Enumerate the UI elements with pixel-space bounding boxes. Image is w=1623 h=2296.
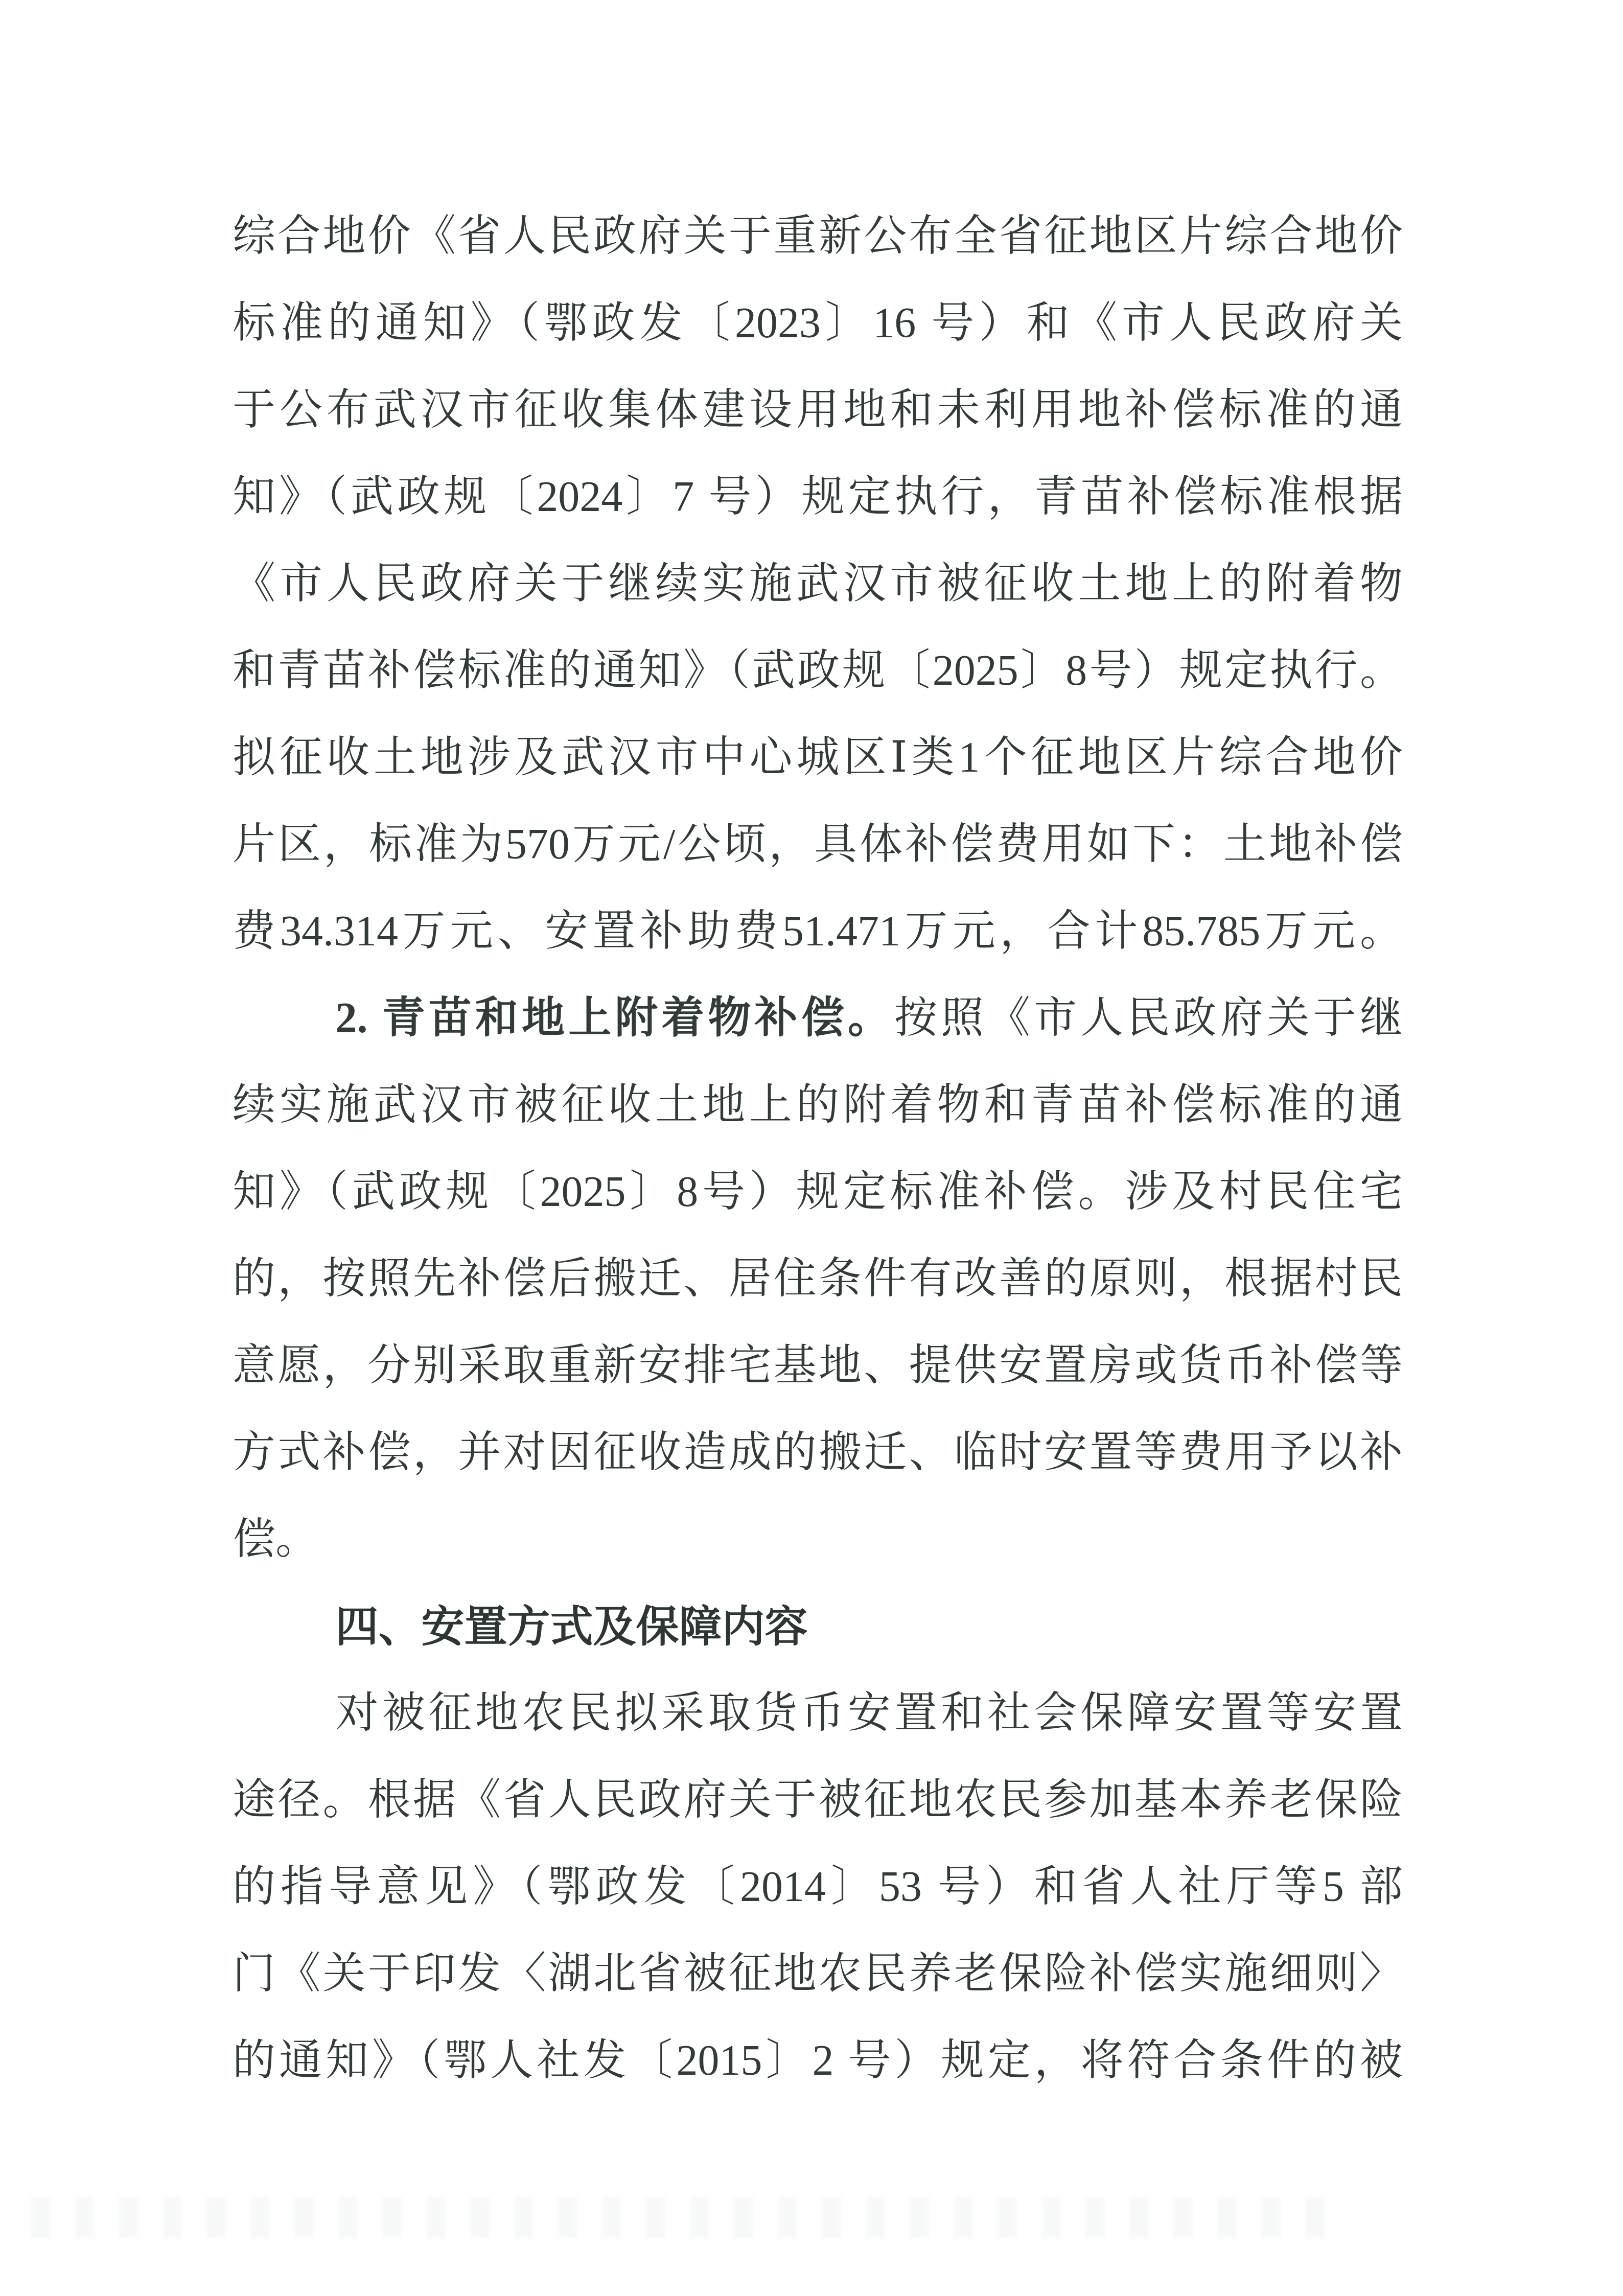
text-line: 2. 青苗和地上附着物补偿。按照《市人民政府关于继	[233, 975, 1403, 1062]
text-line: 知》（武政规〔2024〕7 号）规定执行，青苗补偿标准根据	[233, 454, 1403, 541]
text-line: 门《关于印发〈湖北省被征地农民养老保险补偿实施细则〉	[233, 1931, 1403, 2017]
text-line: 对被征地农民拟采取货币安置和社会保障安置等安置	[233, 1670, 1403, 1757]
text-line: 综合地价《省人民政府关于重新公布全省征地区片综合地价	[233, 193, 1403, 280]
text-line: 《市人民政府关于继续实施武汉市被征收土地上的附着物	[233, 541, 1403, 628]
text-line: 途径。根据《省人民政府关于被征地农民参加基本养老保险	[233, 1757, 1403, 1844]
text-line: 续实施武汉市被征收土地上的附着物和青苗补偿标准的通	[233, 1062, 1403, 1149]
document-text-block: 综合地价《省人民政府关于重新公布全省征地区片综合地价 标准的通知》（鄂政发〔20…	[233, 193, 1403, 2104]
text-line: 方式补偿，并对因征收造成的搬迁、临时安置等费用予以补	[233, 1409, 1403, 1496]
text-line: 的指导意见》（鄂政发〔2014〕53 号）和省人社厅等5 部	[233, 1844, 1403, 1931]
section-heading: 四、安置方式及保障内容	[233, 1583, 1403, 1670]
text-line: 和青苗补偿标准的通知》（武政规〔2025〕8号）规定执行。	[233, 628, 1403, 714]
text-line: 费34.314万元、安置补助费51.471万元，合计85.785万元。	[233, 888, 1403, 975]
text-line: 意愿，分别采取重新安排宅基地、提供安置房或货币补偿等	[233, 1323, 1403, 1409]
text-line: 片区，标准为570万元/公顷，具体补偿费用如下：土地补偿	[233, 801, 1403, 888]
run-in-heading: 2. 青苗和地上附着物补偿。	[336, 994, 894, 1042]
text-line: 偿。	[233, 1496, 1403, 1583]
text-run: 按照《市人民政府关于继	[894, 994, 1403, 1042]
scan-artifact-smudge	[31, 2197, 1339, 2238]
text-line: 的，按照先补偿后搬迁、居住条件有改善的原则，根据村民	[233, 1236, 1403, 1323]
text-line: 标准的通知》（鄂政发〔2023〕16 号）和《市人民政府关	[233, 280, 1403, 367]
text-line: 的通知》（鄂人社发〔2015〕2 号）规定，将符合条件的被	[233, 2017, 1403, 2104]
document-page: 综合地价《省人民政府关于重新公布全省征地区片综合地价 标准的通知》（鄂政发〔20…	[0, 0, 1623, 2296]
text-line: 拟征收土地涉及武汉市中心城区Ⅰ类1个征地区片综合地价	[233, 714, 1403, 801]
text-line: 于公布武汉市征收集体建设用地和未利用地补偿标准的通	[233, 367, 1403, 454]
text-line: 知》（武政规〔2025〕8号）规定标准补偿。涉及村民住宅	[233, 1149, 1403, 1236]
